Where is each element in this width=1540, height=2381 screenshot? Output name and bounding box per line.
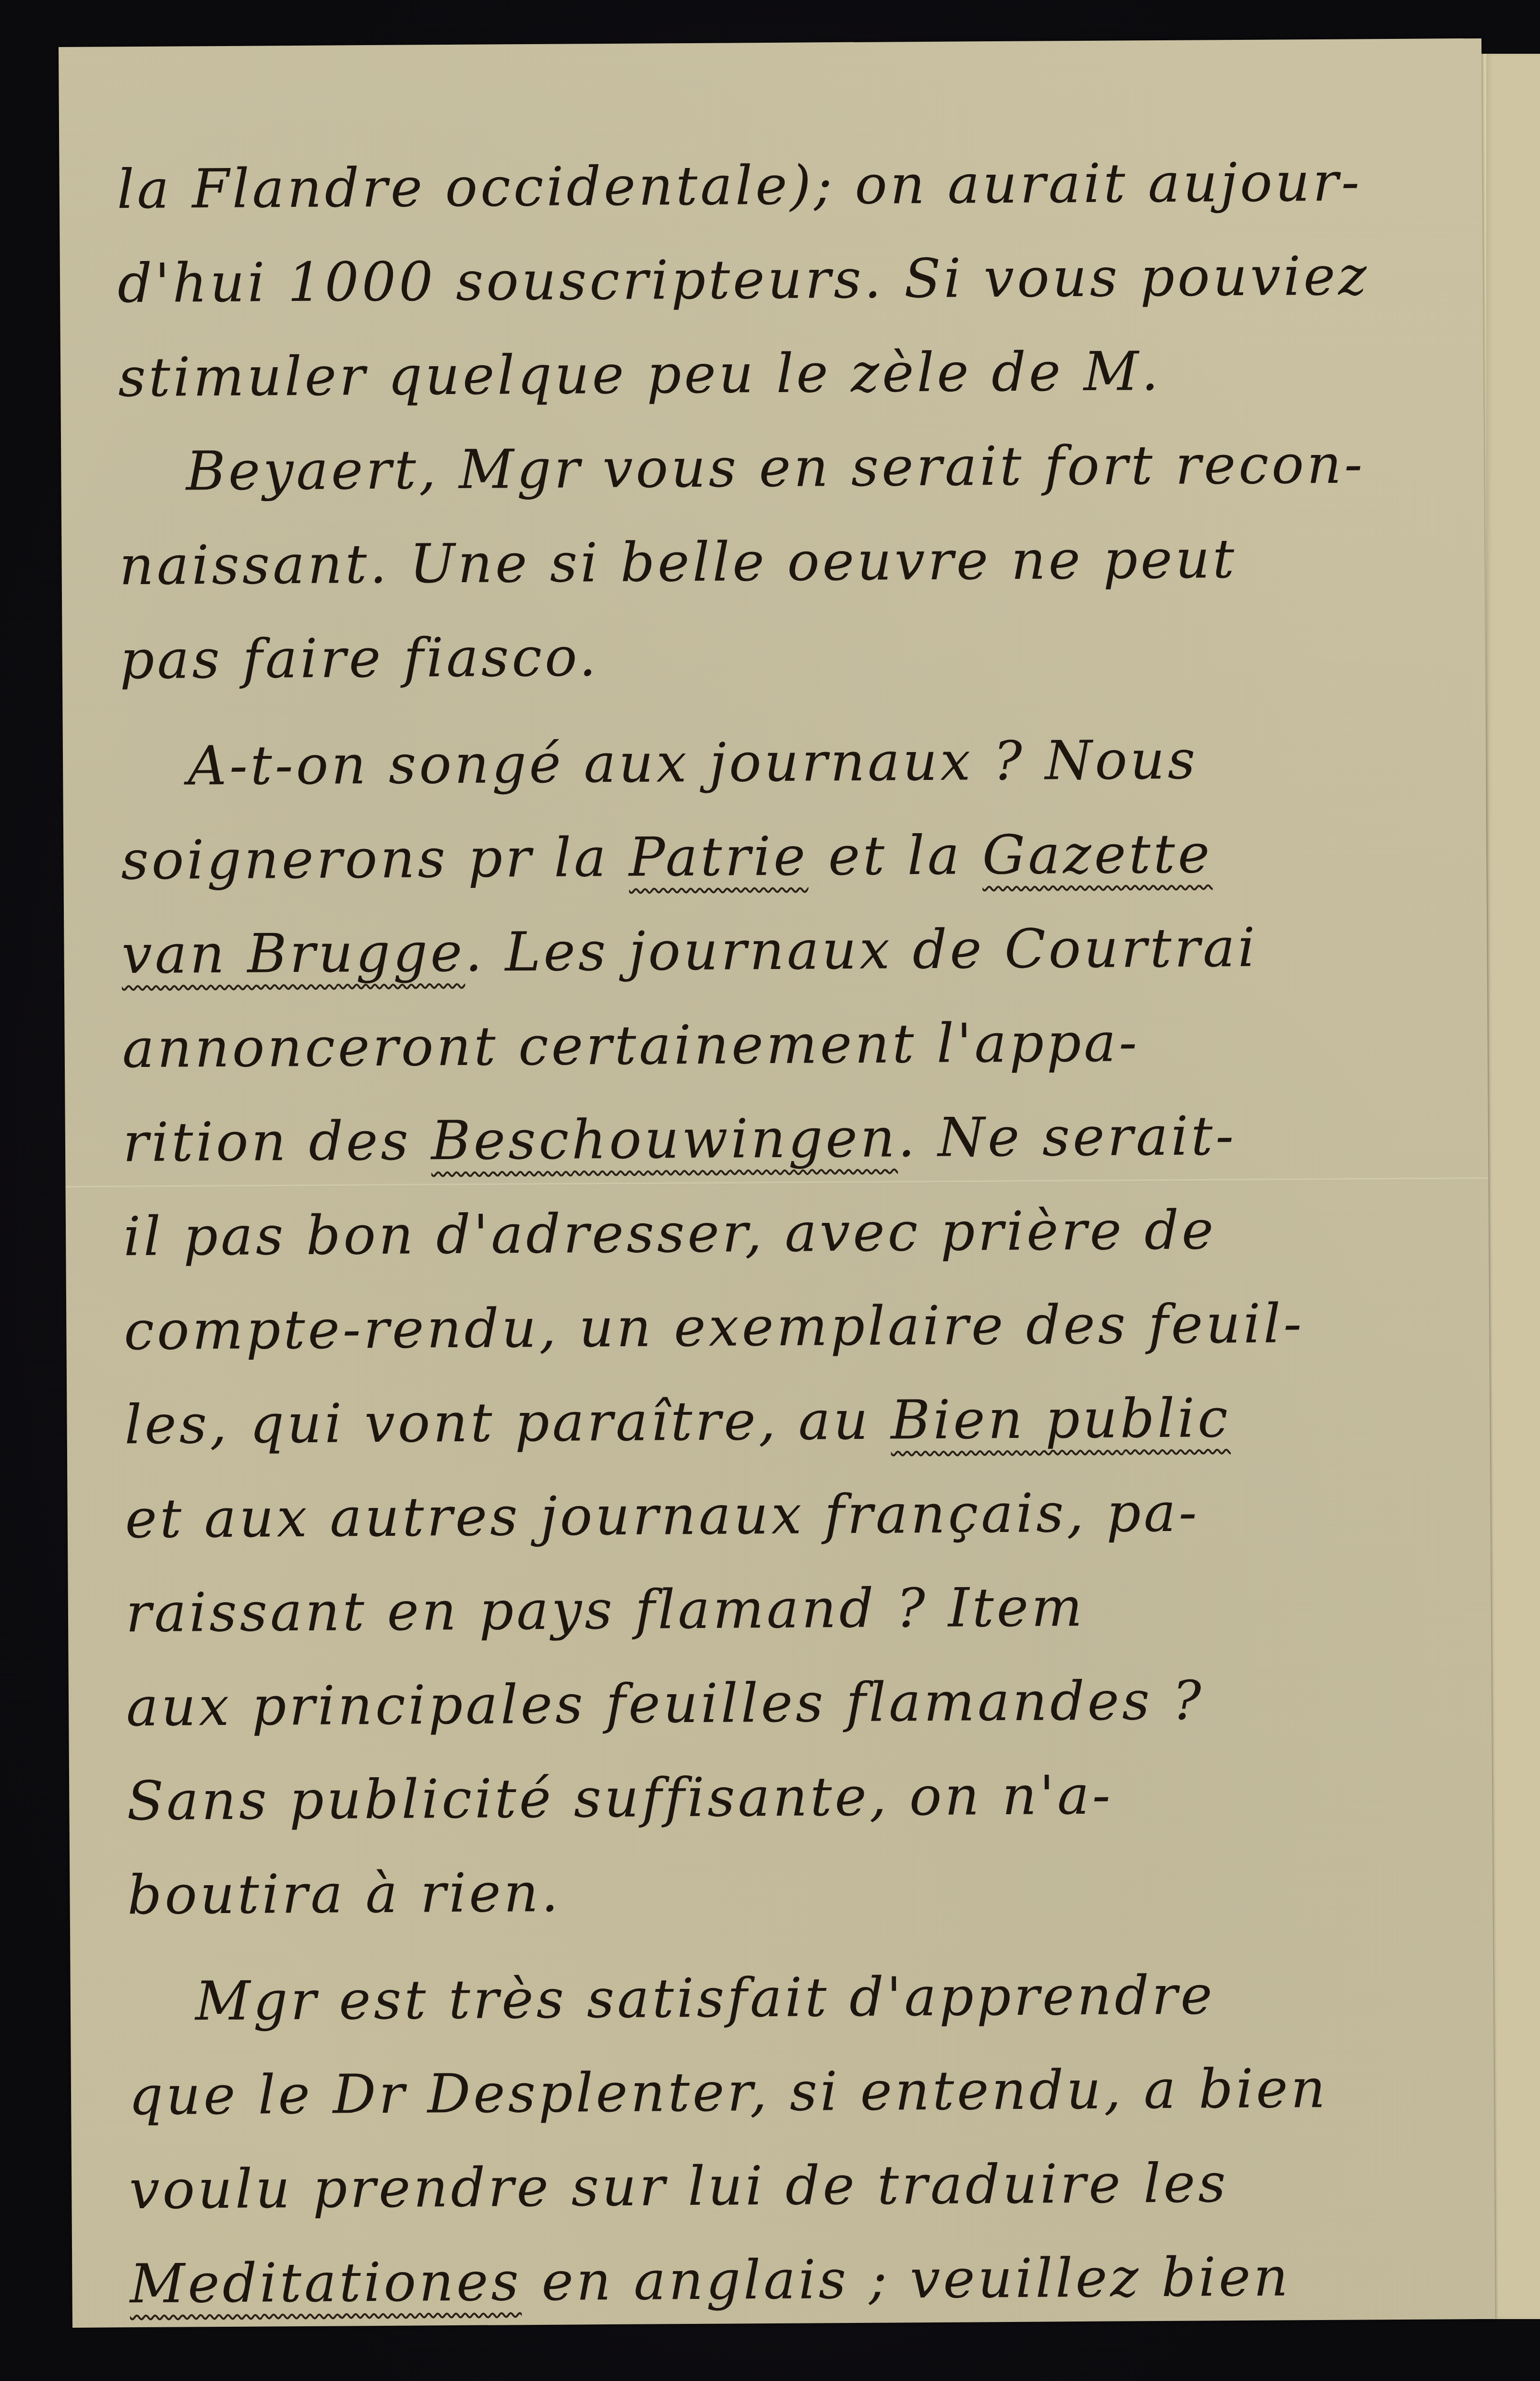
text-segment: il pas bon d'adresser, avec prière de <box>123 1199 1217 1268</box>
newspaper-title-bien-public: Bien public <box>891 1387 1231 1451</box>
text-line: rition des Beschouwingen. Ne serait- <box>122 1088 1495 1190</box>
text-line: Meditationes en anglais ; veuillez bien <box>130 2229 1503 2331</box>
text-segment: Sans publicité suffisante, on n'a- <box>127 1764 1113 1833</box>
newspaper-title-van-brugge: van Brugge <box>121 921 465 986</box>
text-segment: naissant. Une si belle oeuvre ne peut <box>119 528 1237 597</box>
text-segment: rition des <box>123 1110 431 1174</box>
text-segment: les, qui vont paraître, au <box>124 1389 891 1456</box>
text-line: Beyaert, Mgr vous en serait fort recon- <box>119 417 1492 519</box>
text-segment: . Les journaux de Courtrai <box>465 917 1258 984</box>
book-title-meditationes: Meditationes <box>130 2250 522 2315</box>
text-segment: compte-rendu, un exemplaire des feuil- <box>124 1292 1305 1362</box>
text-segment: boutira à rien. <box>127 1862 561 1927</box>
text-line: les, qui vont paraître, au Bien public <box>124 1370 1497 1472</box>
text-segment: annonceront certainement l'appa- <box>122 1011 1140 1080</box>
text-line: pas faire fiasco. <box>119 605 1492 707</box>
text-segment: la Flandre occidentale); on aurait aujou… <box>117 151 1362 221</box>
text-line: boutira à rien. <box>127 1840 1500 1942</box>
text-line: d'hui 1000 souscripteurs. Si vous pouvie… <box>117 228 1490 331</box>
text-segment: voulu prendre sur lui de traduire les <box>129 2152 1229 2221</box>
letter-page: la Flandre occidentale); on aurait aujou… <box>59 38 1495 2328</box>
text-line: naissant. Une si belle oeuvre ne peut <box>119 511 1492 613</box>
text-line: voulu prendre sur lui de traduire les <box>129 2135 1502 2237</box>
text-line: et aux autres journaux français, pa- <box>125 1464 1498 1566</box>
text-line: van Brugge. Les journaux de Courtrai <box>121 899 1494 1002</box>
text-line: raissant en pays flamand ? Item <box>125 1558 1498 1660</box>
text-segment: aux principales feuilles flamandes ? <box>126 1669 1205 1738</box>
newspaper-title-patrie: Patrie <box>629 825 809 888</box>
text-segment: soignerons pr la <box>121 826 629 892</box>
text-line: stimuler quelque peu le zèle de M. <box>118 323 1491 425</box>
text-line: aux principales feuilles flamandes ? <box>126 1652 1499 1754</box>
text-segment: pas faire fiasco. <box>119 626 599 691</box>
handwritten-text: la Flandre occidentale); on aurait aujou… <box>117 134 1503 2331</box>
text-segment: et la <box>808 824 982 887</box>
text-line: A-t-on songé aux journaux ? Nous <box>120 711 1493 814</box>
text-segment: en anglais ; veuillez bien <box>521 2246 1291 2313</box>
text-segment: Beyaert, Mgr vous en serait fort recon- <box>186 433 1365 503</box>
text-segment: . Ne serait- <box>897 1105 1237 1169</box>
text-segment: Mgr est très satisfait d'apprendre <box>195 1964 1215 2033</box>
text-line: Mgr est très satisfait d'apprendre <box>128 1947 1501 2049</box>
text-segment: raissant en pays flamand ? Item <box>126 1576 1086 1644</box>
text-line: la Flandre occidentale); on aurait aujou… <box>117 134 1490 237</box>
text-line: compte-rendu, un exemplaire des feuil- <box>124 1276 1497 1378</box>
text-segment: A-t-on songé aux journaux ? Nous <box>188 729 1198 798</box>
text-segment: stimuler quelque peu le zèle de M. <box>118 340 1162 409</box>
text-line: Sans publicité suffisante, on n'a- <box>127 1746 1500 1848</box>
book-title-beschouwingen: Beschouwingen <box>431 1107 898 1172</box>
newspaper-title-gazette: Gazette <box>982 823 1213 886</box>
text-segment: et aux autres journaux français, pa- <box>125 1482 1200 1551</box>
text-segment: d'hui 1000 souscripteurs. Si vous pouvie… <box>118 245 1370 315</box>
text-line: soignerons pr la Patrie et la Gazette <box>121 805 1494 908</box>
text-line: il pas bon d'adresser, avec prière de <box>123 1182 1496 1284</box>
text-line: annonceront certainement l'appa- <box>122 993 1495 1096</box>
text-segment: que le Dr Desplenter, si entendu, a bien <box>129 2058 1328 2127</box>
text-line: que le Dr Desplenter, si entendu, a bien <box>128 2041 1501 2143</box>
